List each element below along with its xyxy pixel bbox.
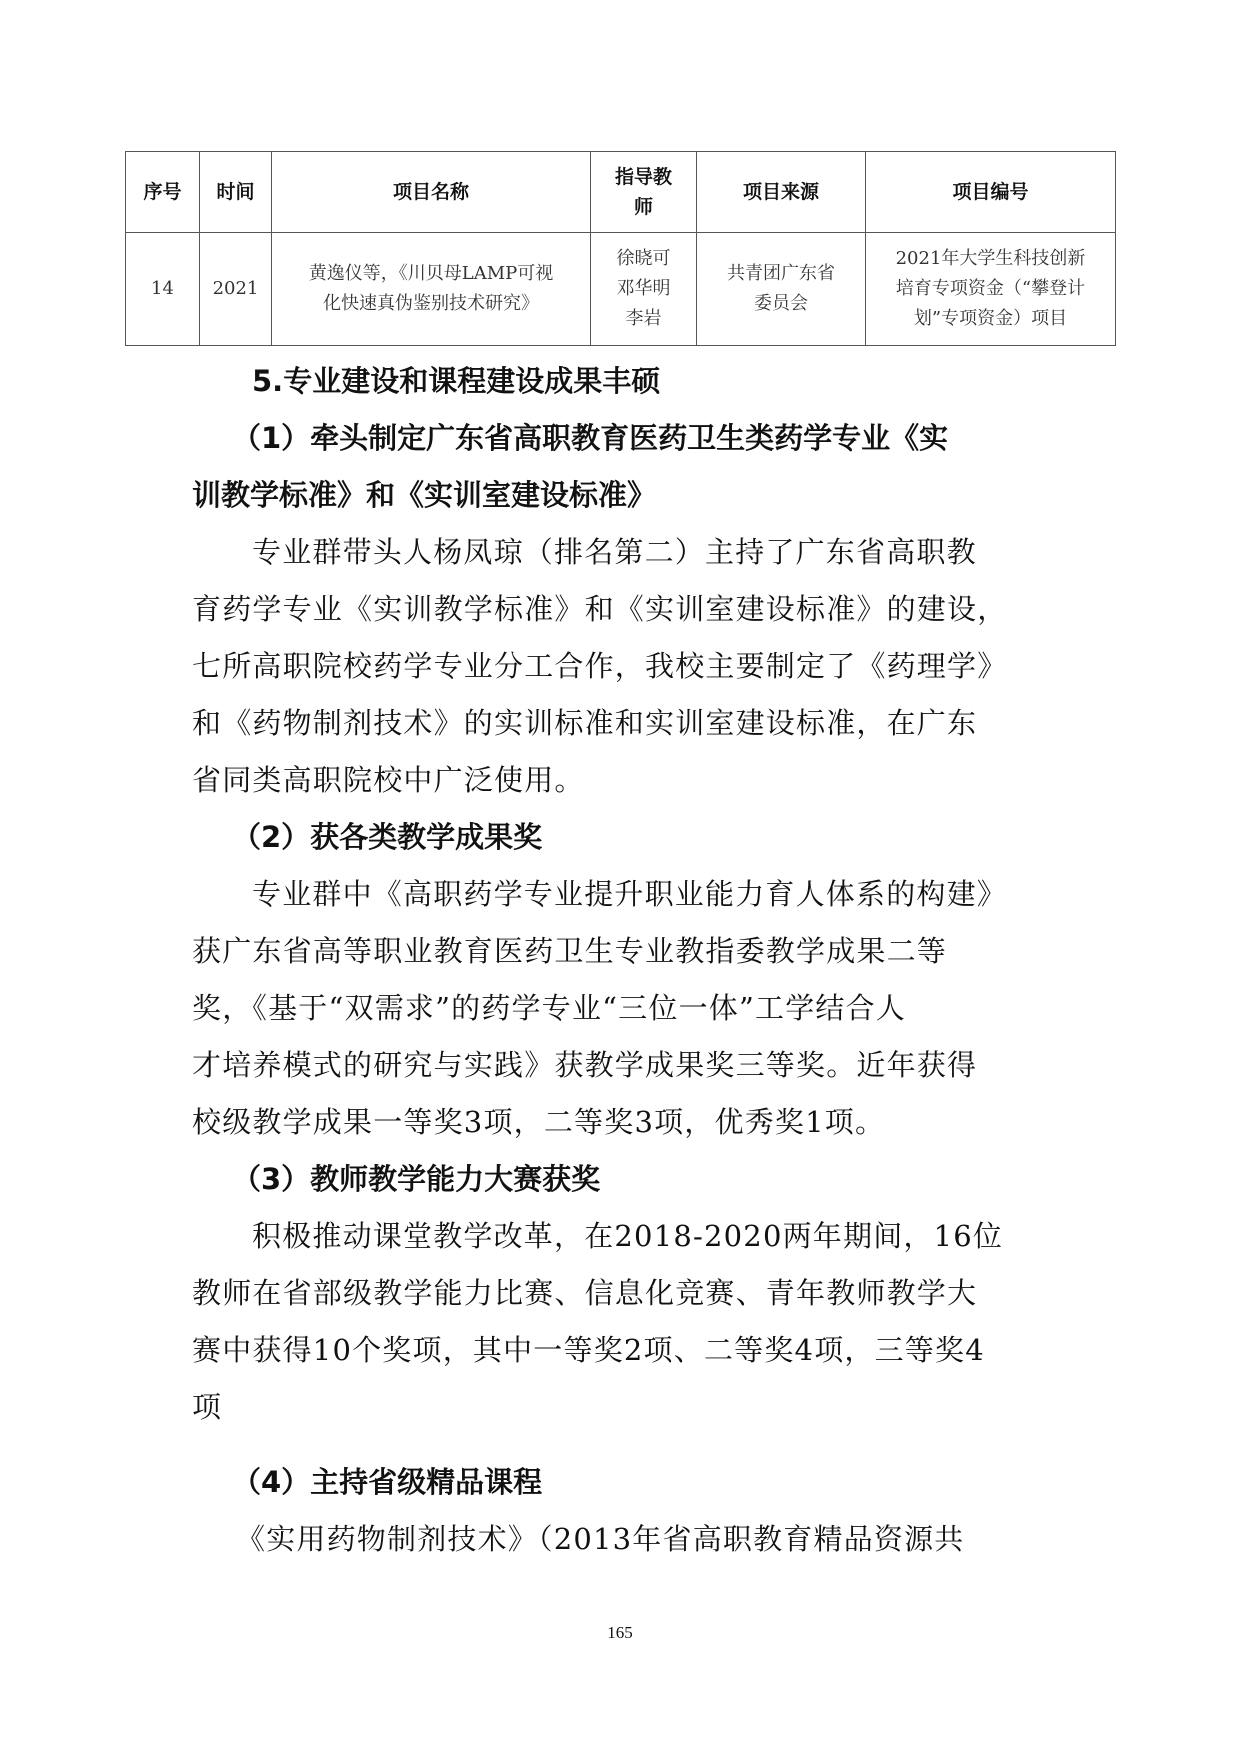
cell-no: 14 <box>126 233 200 346</box>
project-table: 序号 时间 项目名称 指导教 师 项目来源 项目编号 14 2021 黄逸仪等，… <box>125 151 1116 346</box>
cell-line: 2021年大学生科技创新 <box>872 244 1109 274</box>
cell-advisor: 徐晓可 邓华明 李岩 <box>591 233 697 346</box>
cell-line: 李岩 <box>597 304 690 334</box>
cell-source: 共青团广东省 委员会 <box>697 233 866 346</box>
header-advisor-line: 指导教 <box>597 162 690 192</box>
subsection-4-title: （4）主持省级精品课程 <box>232 1462 542 1502</box>
header-source: 项目来源 <box>697 152 866 233</box>
cell-line: 划”专项资金）项目 <box>872 304 1109 334</box>
paragraph-line: 七所高职院校药学专业分工合作，我校主要制定了《药理学》 <box>192 646 1007 686</box>
cell-line: 培育专项资金（“攀登计 <box>872 274 1109 304</box>
paragraph-line: 校级教学成果一等奖3项，二等奖3项，优秀奖1项。 <box>192 1102 885 1142</box>
paragraph-line: 育药学专业《实训教学标准》和《实训室建设标准》的建设， <box>192 589 1007 629</box>
header-advisor: 指导教 师 <box>591 152 697 233</box>
header-no: 序号 <box>126 152 200 233</box>
table-row: 14 2021 黄逸仪等，《川贝母LAMP可视 化快速真伪鉴别技术研究》 徐晓可… <box>126 233 1116 346</box>
cell-line: 共青团广东省 <box>703 259 859 289</box>
cell-year: 2021 <box>200 233 272 346</box>
paragraph-line: 省同类高职院校中广泛使用。 <box>192 760 585 800</box>
subsection-1-title-cont: 训教学标准》和《实训室建设标准》 <box>192 475 656 515</box>
subsection-3-title: （3）教师教学能力大赛获奖 <box>232 1159 600 1199</box>
paragraph-line: 专业群带头人杨凤琼（排名第二）主持了广东省高职教 <box>252 532 977 572</box>
header-code: 项目编号 <box>866 152 1116 233</box>
header-year: 时间 <box>200 152 272 233</box>
cell-line: 化快速真伪鉴别技术研究》 <box>278 289 584 319</box>
header-project-name: 项目名称 <box>272 152 591 233</box>
cell-line: 徐晓可 <box>597 244 690 274</box>
paragraph-line: 奖，《基于“双需求”的药学专业“三位一体”工学结合人 <box>192 988 906 1028</box>
cell-line: 邓华明 <box>597 274 690 304</box>
paragraph-line: 《实用药物制剂技术》（2013年省高职教育精品资源共 <box>236 1519 965 1559</box>
cell-line: 委员会 <box>703 289 859 319</box>
subsection-2-title: （2）获各类教学成果奖 <box>232 817 542 857</box>
cell-line: 黄逸仪等，《川贝母LAMP可视 <box>278 259 584 289</box>
paragraph-line: 和《药物制剂技术》的实训标准和实训室建设标准，在广东 <box>192 703 977 743</box>
paragraph-line: 积极推动课堂教学改革，在2018-2020两年期间，16位 <box>252 1216 1003 1256</box>
header-advisor-line: 师 <box>597 192 690 222</box>
table-header-row: 序号 时间 项目名称 指导教 师 项目来源 项目编号 <box>126 152 1116 233</box>
cell-code: 2021年大学生科技创新 培育专项资金（“攀登计 划”专项资金）项目 <box>866 233 1116 346</box>
paragraph-line: 获广东省高等职业教育医药卫生专业教指委教学成果二等 <box>192 931 947 971</box>
page-number: 165 <box>0 1623 1240 1643</box>
cell-project-name: 黄逸仪等，《川贝母LAMP可视 化快速真伪鉴别技术研究》 <box>272 233 591 346</box>
subsection-1-title: （1）牵头制定广东省高职教育医药卫生类药学专业《实 <box>232 418 948 458</box>
paragraph-line: 专业群中《高职药学专业提升职业能力育人体系的构建》 <box>252 874 1007 914</box>
paragraph-line: 赛中获得10个奖项，其中一等奖2项、二等奖4项，三等奖4 <box>192 1330 985 1370</box>
paragraph-line: 才培养模式的研究与实践》获教学成果奖三等奖。近年获得 <box>192 1045 977 1085</box>
section-title: 5.专业建设和课程建设成果丰硕 <box>252 361 660 401</box>
paragraph-line: 教师在省部级教学能力比赛、信息化竞赛、青年教师教学大 <box>192 1273 977 1313</box>
paragraph-line: 项 <box>192 1387 222 1427</box>
